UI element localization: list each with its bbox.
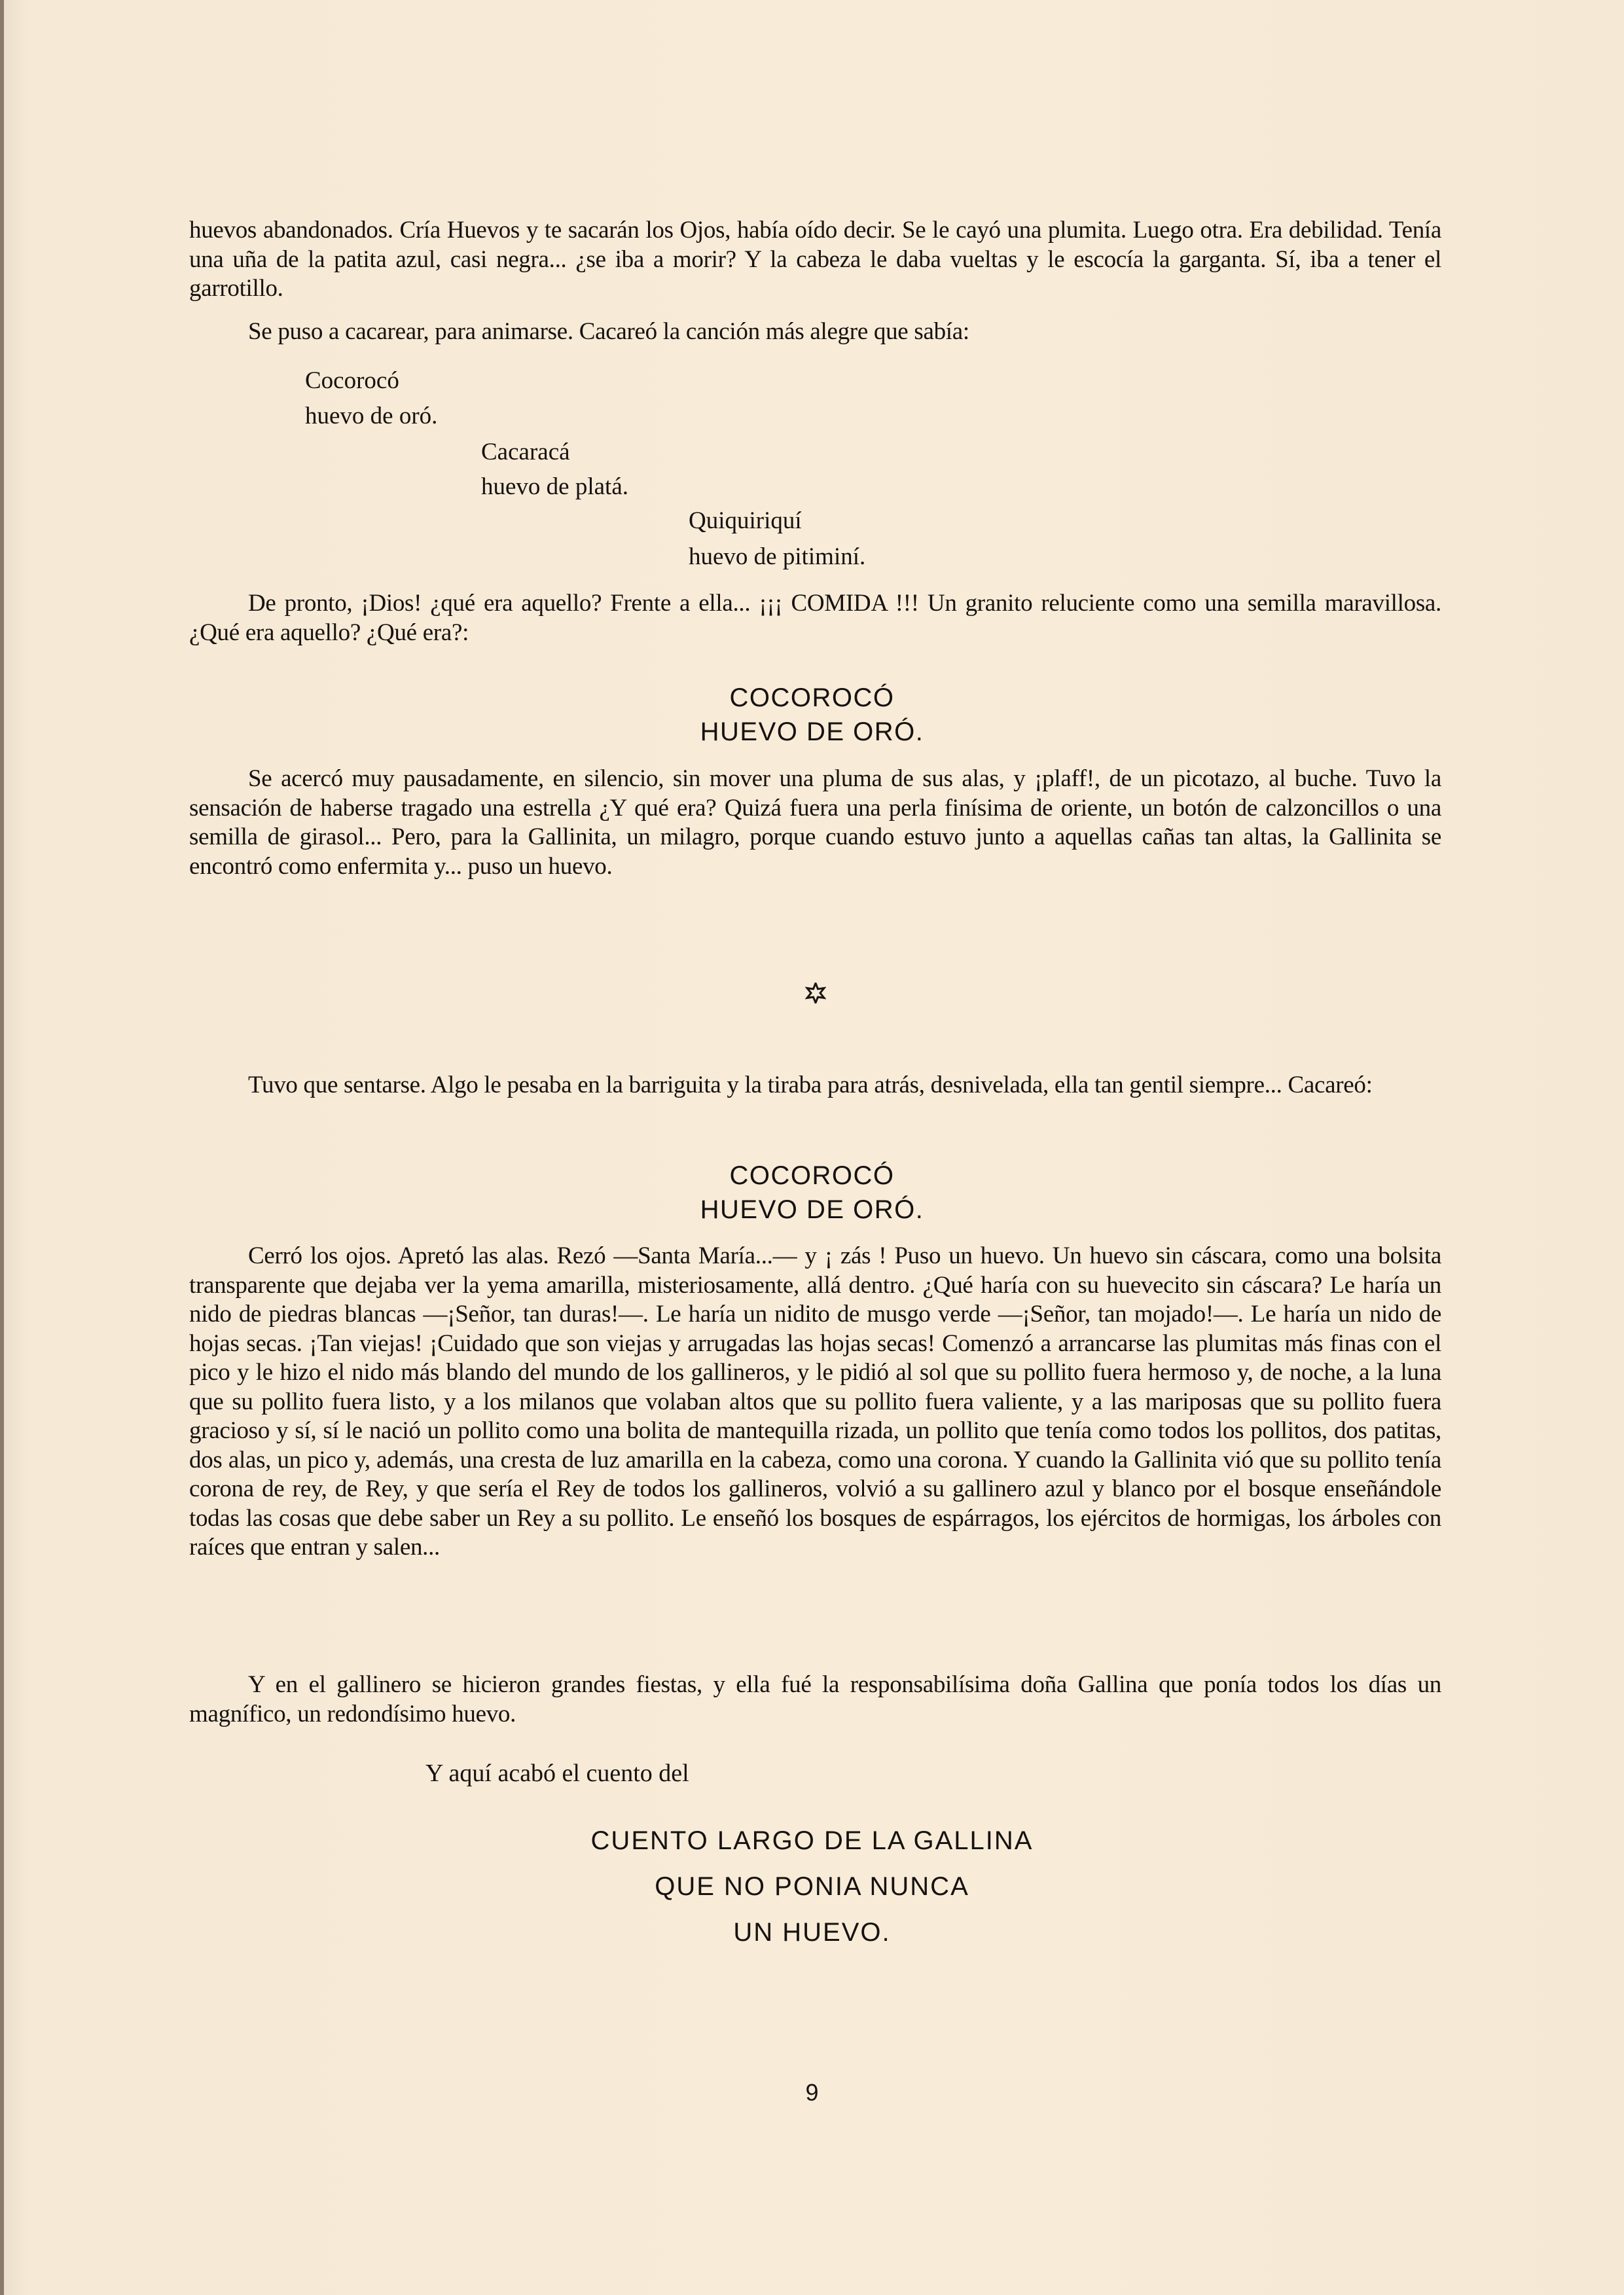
- paragraph-5: Tuvo que sentarse. Algo le pesaba en la …: [189, 1071, 1441, 1100]
- song-line-5: Quiquiriquí: [689, 507, 802, 535]
- paragraph-1-block: huevos abandonados. Cría Huevos y te sac…: [189, 216, 1441, 304]
- closing-title-line-1: CUENTO LARGO DE LA GALLINA: [0, 1826, 1624, 1856]
- chorus-2-line-1: COCOROCÓ: [0, 1159, 1624, 1193]
- six-pointed-star-icon: [805, 983, 826, 1003]
- paragraph-7-block: Y en el gallinero se hicieron grandes fi…: [189, 1671, 1441, 1729]
- song-line-4: huevo de platá.: [481, 473, 628, 501]
- paragraph-4-block: Se acercó muy pausadamente, en silencio,…: [189, 765, 1441, 881]
- closing-title-line-2: QUE NO PONIA NUNCA: [0, 1872, 1624, 1902]
- page-number: 9: [0, 2079, 1624, 2106]
- paragraph-5-block: Tuvo que sentarse. Algo le pesaba en la …: [189, 1071, 1441, 1100]
- song-line-1: Cocorocó: [305, 367, 399, 395]
- paragraph-2-block: Se puso a cacarear, para animarse. Cacar…: [189, 317, 1441, 347]
- paragraph-4: Se acercó muy pausadamente, en silencio,…: [189, 765, 1441, 881]
- song-line-2: huevo de oró.: [305, 402, 437, 431]
- paragraph-1: huevos abandonados. Cría Huevos y te sac…: [189, 216, 1441, 304]
- paragraph-3: De pronto, ¡Dios! ¿qué era aquello? Fren…: [189, 589, 1441, 647]
- chorus-1-line-1: COCOROCÓ: [0, 681, 1624, 715]
- song-line-6: huevo de pitiminí.: [689, 543, 865, 571]
- page-binding-edge: [0, 0, 4, 2295]
- paragraph-7: Y en el gallinero se hicieron grandes fi…: [189, 1671, 1441, 1729]
- paragraph-6-block: Cerró los ojos. Apretó las alas. Rezó —S…: [189, 1242, 1441, 1563]
- chorus-2-line-2: HUEVO DE ORÓ.: [0, 1193, 1624, 1227]
- chorus-1-line-2: HUEVO DE ORÓ.: [0, 715, 1624, 749]
- paragraph-2: Se puso a cacarear, para animarse. Cacar…: [189, 317, 1441, 347]
- song-line-3: Cacaracá: [481, 438, 570, 467]
- closing-title-line-3: UN HUEVO.: [0, 1918, 1624, 1947]
- closing-lead: Y aquí acabó el cuento del: [425, 1759, 689, 1788]
- paragraph-3-block: De pronto, ¡Dios! ¿qué era aquello? Fren…: [189, 589, 1441, 647]
- paragraph-6: Cerró los ojos. Apretó las alas. Rezó —S…: [189, 1242, 1441, 1563]
